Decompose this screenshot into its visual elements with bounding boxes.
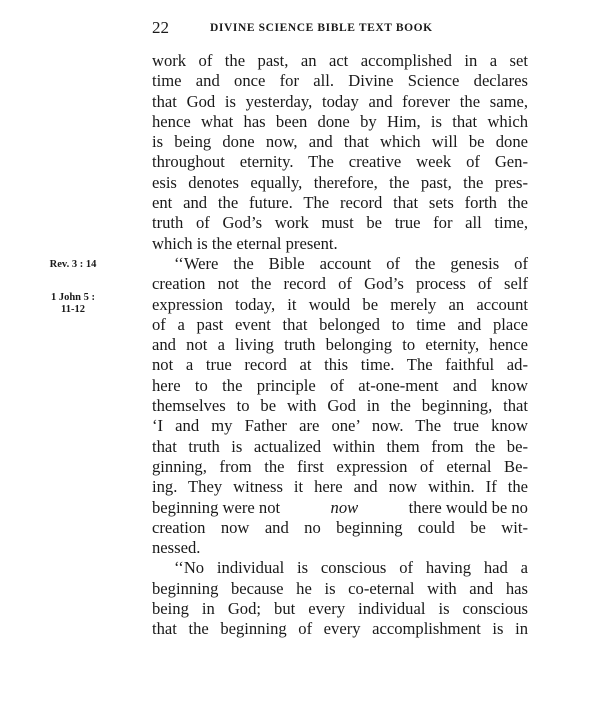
body-text: work of the past, an act accomplished in… bbox=[152, 51, 528, 640]
text-line: ing. They witness it here and now within… bbox=[152, 477, 528, 497]
text-line: that God is yesterday, today and forever… bbox=[152, 92, 528, 112]
margin-reference-rev: Rev. 3 : 14 bbox=[28, 259, 118, 271]
text-line: hence what has been done by Him, is that… bbox=[152, 112, 528, 132]
page-number: 22 bbox=[152, 18, 169, 38]
text-segment: beginning were not bbox=[152, 498, 280, 518]
running-title: DIVINE SCIENCE BIBLE TEXT BOOK bbox=[210, 22, 433, 34]
text-line: esis denotes equally, therefore, the pas… bbox=[152, 173, 528, 193]
paragraph-1: work of the past, an act accomplished in… bbox=[152, 51, 528, 254]
text-line: nessed. bbox=[152, 538, 528, 558]
text-line: ‘‘No individual is conscious of having h… bbox=[152, 558, 528, 578]
text-line: throughout eternity. The creative week o… bbox=[152, 152, 528, 172]
margin-ref-text: 11-12 bbox=[28, 304, 118, 316]
text-line: not a true record at this time. The fait… bbox=[152, 355, 528, 375]
text-line: creation not the record of God’s process… bbox=[152, 274, 528, 294]
text-line: creation now and no beginning could be w… bbox=[152, 518, 528, 538]
text-line: ginning, from the first expression of et… bbox=[152, 457, 528, 477]
text-line: time and once for all. Divine Science de… bbox=[152, 71, 528, 91]
text-line: beginning because he is co-eternal with … bbox=[152, 579, 528, 599]
text-line: here to the principle of at-one-ment and… bbox=[152, 376, 528, 396]
page-header: 22 DIVINE SCIENCE BIBLE TEXT BOOK bbox=[152, 18, 528, 40]
text-line: work of the past, an act accomplished in… bbox=[152, 51, 528, 71]
text-line: is being done now, and that which will b… bbox=[152, 132, 528, 152]
text-line: that truth is actualized within them fro… bbox=[152, 437, 528, 457]
margin-ref-text: 1 John 5 : bbox=[28, 292, 118, 304]
text-segment: there would be no bbox=[409, 498, 528, 518]
text-line: and not a living truth belonging to eter… bbox=[152, 335, 528, 355]
text-line: which is the eternal present. bbox=[152, 234, 528, 254]
emphasis-now: now bbox=[331, 498, 359, 518]
text-line: being in God; but every individual is co… bbox=[152, 599, 528, 619]
text-line: expression today, it would be merely an … bbox=[152, 295, 528, 315]
text-line: that the beginning of every accomplishme… bbox=[152, 619, 528, 639]
text-line: ent and the future. The record that sets… bbox=[152, 193, 528, 213]
text-line: of a past event that belonged to time an… bbox=[152, 315, 528, 335]
paragraph-2: ‘‘Were the Bible account of the genesis … bbox=[152, 254, 528, 558]
margin-ref-text: Rev. 3 : 14 bbox=[50, 259, 97, 270]
text-line: beginning were not now there would be no bbox=[152, 498, 528, 518]
paragraph-3: ‘‘No individual is conscious of having h… bbox=[152, 558, 528, 639]
text-line: truth of God’s work must be true for all… bbox=[152, 213, 528, 233]
text-line: ‘‘Were the Bible account of the genesis … bbox=[152, 254, 528, 274]
text-line: ‘I and my Father are one’ now. The true … bbox=[152, 416, 528, 436]
text-line: themselves to be with God in the beginni… bbox=[152, 396, 528, 416]
margin-reference-john: 1 John 5 : 11-12 bbox=[28, 292, 118, 316]
